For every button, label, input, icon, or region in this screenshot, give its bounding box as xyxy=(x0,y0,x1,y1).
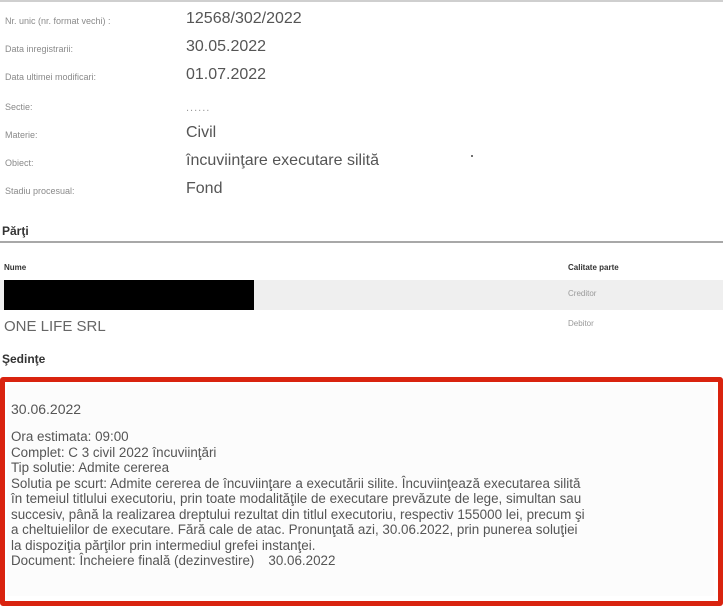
info-row-registration-date: Data inregistrarii: 30.05.2022 xyxy=(0,36,723,64)
hearing-card: 30.06.2022 Ora estimata: 09:00 Complet: … xyxy=(0,377,723,606)
info-row-last-modified: Data ultimei modificari: 01.07.2022 xyxy=(0,64,723,92)
party-row: Creditor xyxy=(0,280,723,310)
section-value: ...... xyxy=(186,102,210,114)
info-row-matter: Materie: Civil xyxy=(0,122,723,150)
solution-summary-line: în temeiul titlului executoriu, prin toa… xyxy=(11,491,721,507)
parties-divider xyxy=(0,241,723,243)
registration-date: 30.05.2022 xyxy=(186,38,266,56)
party-name: ONE LIFE SRL xyxy=(4,318,106,335)
column-role: Calitate parte xyxy=(568,263,619,272)
info-row-case-number: Nr. unic (nr. format vechi) : 12568/302/… xyxy=(0,8,723,36)
info-row-object: Obiect: încuviinţare executare silită xyxy=(0,150,723,178)
solution-summary-line: la dispoziţia părţilor prin intermediul … xyxy=(11,538,721,554)
solution-summary-line: Solutia pe scurt: Admite cererea de încu… xyxy=(11,476,721,492)
document-label: Document: Încheiere finală (dezinvestire… xyxy=(11,553,254,568)
info-label: Sectie: xyxy=(5,102,33,112)
document-date: 30.06.2022 xyxy=(268,553,335,568)
case-number: 12568/302/2022 xyxy=(186,10,302,28)
top-divider xyxy=(0,0,723,2)
solution-summary-line: a cheltuielilor de executare. Fără cale … xyxy=(11,522,721,538)
hearings-title: Şedinţe xyxy=(2,352,45,366)
info-label: Data ultimei modificari: xyxy=(5,72,96,82)
party-row: ONE LIFE SRL Debitor xyxy=(0,310,723,340)
parties-title: Părţi xyxy=(2,224,29,238)
document-line: Document: Încheiere finală (dezinvestire… xyxy=(11,553,721,569)
party-role: Creditor xyxy=(568,289,596,298)
info-label: Nr. unic (nr. format vechi) : xyxy=(5,16,111,26)
info-row-stage: Stadiu procesual: Fond xyxy=(0,178,723,206)
redacted-name xyxy=(4,280,254,310)
column-name: Nume xyxy=(4,263,26,272)
hearing-date: 30.06.2022 xyxy=(11,401,81,417)
info-label: Obiect: xyxy=(5,158,34,168)
solution-type: Tip solutie: Admite cererea xyxy=(11,460,721,476)
last-modified-date: 01.07.2022 xyxy=(186,66,266,84)
info-label: Materie: xyxy=(5,130,38,140)
party-role: Debitor xyxy=(568,319,594,328)
info-label: Stadiu procesual: xyxy=(5,186,75,196)
hearing-details: Ora estimata: 09:00 Complet: C 3 civil 2… xyxy=(11,429,721,569)
info-label: Data inregistrarii: xyxy=(5,44,73,54)
parties-header: Nume Calitate parte xyxy=(0,263,723,277)
panel: Complet: C 3 civil 2022 încuviinţări xyxy=(11,445,721,461)
hearing-content: 30.06.2022 Ora estimata: 09:00 Complet: … xyxy=(7,385,714,596)
info-row-section: Sectie: ...... xyxy=(0,94,723,122)
object-value: încuviinţare executare silită xyxy=(186,152,379,170)
estimated-time: Ora estimata: 09:00 xyxy=(11,429,721,445)
matter-value: Civil xyxy=(186,124,216,142)
stage-value: Fond xyxy=(186,180,222,198)
solution-summary-line: succesiv, până la realizarea dreptului r… xyxy=(11,507,721,523)
stray-dot xyxy=(471,155,473,157)
